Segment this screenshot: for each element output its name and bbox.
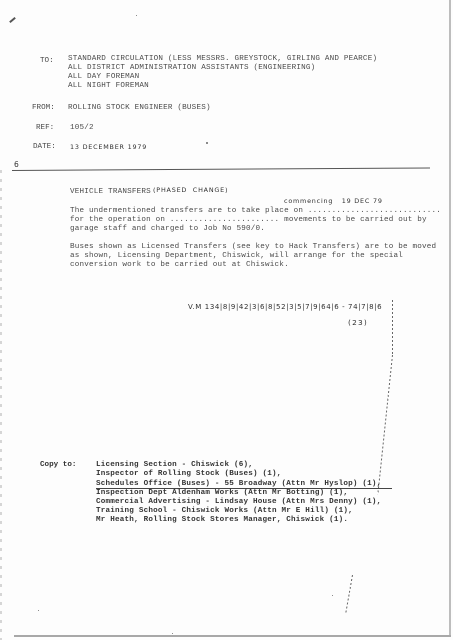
copy-recipient: Inspector of Rolling Stock (Buses) (1), xyxy=(96,470,282,479)
copy-recipient: Training School - Chiswick Works (Attn M… xyxy=(96,507,353,516)
subject: VEHICLE TRANSFERS xyxy=(70,188,151,197)
scan-speck xyxy=(38,610,39,611)
to-line: ALL DISTRICT ADMINISTRATION ASSISTANTS (… xyxy=(68,64,315,73)
paragraph-line: garage staff and charged to Job No 590/0… xyxy=(70,225,265,234)
to-line: STANDARD CIRCULATION (LESS MESSRS. GREYS… xyxy=(68,55,377,64)
paragraph-line: Buses shown as Licensed Transfers (see k… xyxy=(70,243,436,252)
commencing-handwritten-note: commencing 19 DEC 79 xyxy=(284,197,383,206)
to-label: TO: xyxy=(40,57,54,66)
date-value-handwritten: 13 DECEMBER 1979 xyxy=(70,143,147,152)
pencil-stroke xyxy=(377,355,393,494)
subject-handwritten-note: (PHASED CHANGE) xyxy=(153,186,228,195)
to-line: ALL DAY FOREMAN xyxy=(68,73,139,82)
page-number: 6 xyxy=(14,160,19,169)
copy-recipient: Mr Heath, Rolling Stock Stores Manager, … xyxy=(96,516,348,525)
pencil-stroke xyxy=(392,300,393,355)
paragraph-line: The undermentioned transfers are to take… xyxy=(70,207,441,216)
from-label: FROM: xyxy=(32,104,55,113)
scan-noise xyxy=(0,170,2,640)
ink-dot xyxy=(206,142,208,144)
paragraph-line: for the operation on ...................… xyxy=(70,216,427,225)
scan-speck xyxy=(172,633,173,634)
page-edge-bottom xyxy=(14,635,451,637)
memo-page: TO: STANDARD CIRCULATION (LESS MESSRS. G… xyxy=(0,0,453,640)
copy-recipient: Commercial Advertising - Lindsay House (… xyxy=(96,498,381,507)
scan-speck xyxy=(136,15,137,16)
paragraph-line: as shown, Licensing Department, Chiswick… xyxy=(70,252,403,261)
ref-value: 105/2 xyxy=(70,124,94,133)
handwritten-vehicle-count: (23) xyxy=(348,318,368,327)
pencil-tick-mark xyxy=(9,17,16,23)
copy-to-label: Copy to: xyxy=(40,461,76,470)
scan-speck xyxy=(332,595,333,596)
date-label: DATE: xyxy=(33,143,56,152)
pencil-stroke xyxy=(345,575,353,615)
ref-label: REF: xyxy=(36,124,54,133)
paragraph-line: conversion work to be carried out at Chi… xyxy=(70,261,289,270)
handwritten-vehicle-list: V.M 134|8|9|42|3|6|8|52|3|5|7|9|64|6 - 7… xyxy=(188,303,382,312)
page-edge-right xyxy=(449,0,451,636)
copy-recipient: Licensing Section - Chiswick (6), xyxy=(96,461,253,470)
to-line: ALL NIGHT FOREMAN xyxy=(68,82,149,91)
copy-recipient: Inspection Dept Aldenham Works (Attn Mr … xyxy=(96,489,348,498)
header-divider xyxy=(12,167,430,171)
from-value: ROLLING STOCK ENGINEER (BUSES) xyxy=(68,104,211,113)
